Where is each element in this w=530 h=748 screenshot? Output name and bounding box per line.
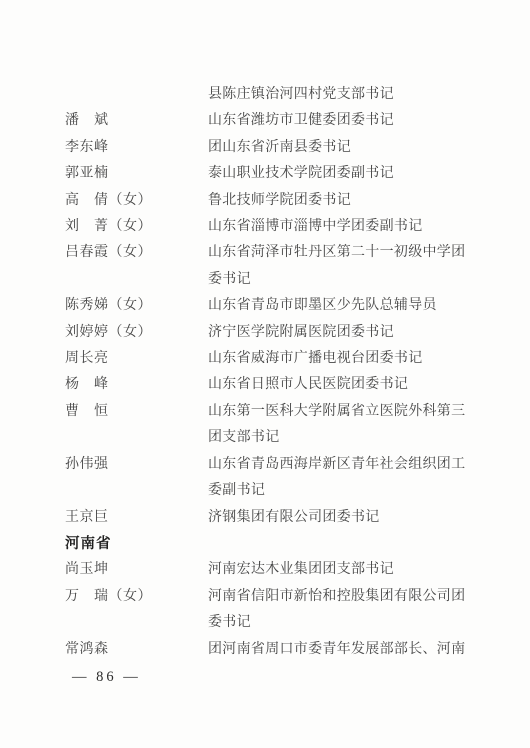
recipient-name: 万 瑞（女） [65,584,208,610]
recipient-name: 刘婷婷（女） [65,320,208,346]
recipient-name: 周长亮 [65,346,208,372]
recipient-row: 县陈庄镇治河四村党支部书记 [65,82,467,108]
recipient-name: 李东峰 [65,135,208,161]
recipient-row: 李东峰 团山东省沂南县委书记 [65,135,467,161]
page-number: — 86 — [72,665,141,689]
recipient-position: 河南宏达木业集团团支部书记 [208,557,467,583]
recipient-position: 团河南省周口市委青年发展部部长、河南 [208,637,467,663]
recipient-list: 县陈庄镇治河四村党支部书记 潘 斌 山东省潍坊市卫健委团委书记 李东峰 团山东省… [65,82,467,663]
recipient-row: 刘婷婷（女） 济宁医学院附属医院团委书记 [65,320,467,346]
recipient-position: 山东省淄博市淄博中学团委副书记 [208,214,467,240]
recipient-position: 鲁北技师学院团委书记 [208,188,467,214]
recipient-row: 郭亚楠 泰山职业技术学院团委副书记 [65,161,467,187]
recipient-row: 高 倩（女） 鲁北技师学院团委书记 [65,188,467,214]
recipient-name: 吕春霞（女） [65,240,208,266]
recipient-position: 河南省信阳市新怡和控股集团有限公司团委书记 [208,584,467,637]
section-header-14: 河南省 [65,531,467,557]
recipient-name: 高 倩（女） [65,188,208,214]
recipient-position: 济宁医学院附属医院团委书记 [208,320,467,346]
recipient-row: 常鸿森 团河南省周口市委青年发展部部长、河南 [65,637,467,663]
recipient-position: 县陈庄镇治河四村党支部书记 [208,82,467,108]
recipient-name: 曹 恒 [65,399,208,425]
recipient-position: 山东省日照市人民医院团委书记 [208,372,467,398]
recipient-name: 陈秀娣（女） [65,293,208,319]
recipient-name: 杨 峰 [65,372,208,398]
recipient-row: 潘 斌 山东省潍坊市卫健委团委书记 [65,108,467,134]
recipient-row: 万 瑞（女） 河南省信阳市新怡和控股集团有限公司团委书记 [65,584,467,637]
recipient-row: 吕春霞（女） 山东省菏泽市牡丹区第二十一初级中学团委书记 [65,240,467,293]
recipient-position: 泰山职业技术学院团委副书记 [208,161,467,187]
recipient-row: 曹 恒 山东第一医科大学附属省立医院外科第三团支部书记 [65,399,467,452]
recipient-position: 山东省菏泽市牡丹区第二十一初级中学团委书记 [208,240,467,293]
recipient-row: 孙伟强 山东省青岛西海岸新区青年社会组织团工委副书记 [65,452,467,505]
recipient-row: 周长亮 山东省威海市广播电视台团委书记 [65,346,467,372]
recipient-row: 尚玉坤 河南宏达木业集团团支部书记 [65,557,467,583]
recipient-position: 济钢集团有限公司团委书记 [208,505,467,531]
recipient-name: 郭亚楠 [65,161,208,187]
recipient-position: 团山东省沂南县委书记 [208,135,467,161]
recipient-position: 山东第一医科大学附属省立医院外科第三团支部书记 [208,399,467,452]
document-page: 县陈庄镇治河四村党支部书记 潘 斌 山东省潍坊市卫健委团委书记 李东峰 团山东省… [0,0,530,748]
recipient-row: 杨 峰 山东省日照市人民医院团委书记 [65,372,467,398]
recipient-position: 山东省潍坊市卫健委团委书记 [208,108,467,134]
recipient-row: 刘 菁（女） 山东省淄博市淄博中学团委副书记 [65,214,467,240]
recipient-row: 王京巨 济钢集团有限公司团委书记 [65,505,467,531]
recipient-name: 王京巨 [65,505,208,531]
recipient-position: 山东省威海市广播电视台团委书记 [208,346,467,372]
recipient-row: 陈秀娣（女） 山东省青岛市即墨区少先队总辅导员 [65,293,467,319]
recipient-name: 潘 斌 [65,108,208,134]
recipient-position: 山东省青岛市即墨区少先队总辅导员 [208,293,467,319]
recipient-position: 山东省青岛西海岸新区青年社会组织团工委副书记 [208,452,467,505]
recipient-name: 常鸿森 [65,637,208,663]
recipient-name: 尚玉坤 [65,557,208,583]
recipient-name: 刘 菁（女） [65,214,208,240]
recipient-name: 孙伟强 [65,452,208,478]
